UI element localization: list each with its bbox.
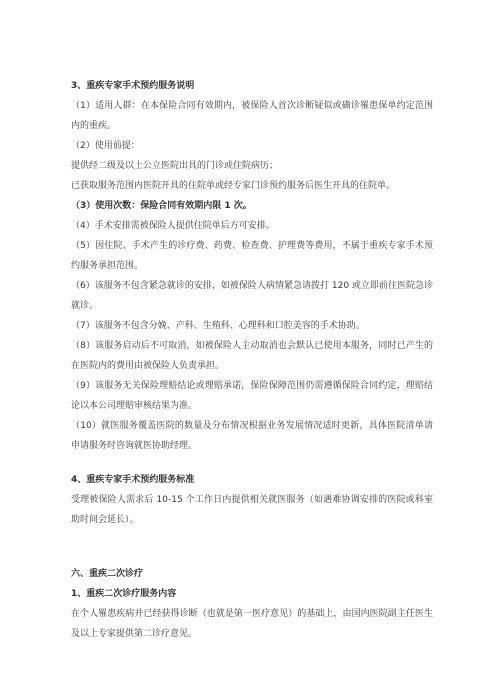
paragraph-line: （5）因住院、手术产生的诊疗费、药费、检查费、护理费等费用，不属于重疾专家手术预 — [71, 236, 433, 256]
paragraph-line: 就诊。 — [71, 296, 433, 316]
paragraph-line: （6）该服务不包含紧急就诊的安排，如被保险人病情紧急请拨打 120 或立即前往医… — [71, 276, 433, 296]
paragraph-line: 助时间会延长）。 — [71, 510, 433, 530]
paragraph-line: （9）该服务无关保险理赔结论或理赔承诺，保险保障范围仍需遵循保险合同约定，理赔结 — [71, 376, 433, 396]
section-heading-second-opinion-content: 1、重疾二次诊疗服务内容 — [71, 584, 433, 604]
section-heading-surgery-booking-standard: 4、重疾专家手术预约服务标准 — [71, 470, 433, 490]
paragraph-line: 受理被保险人需求后 10-15 个工作日内提供相关就医服务（如遇难协调安排的医院… — [71, 490, 433, 510]
paragraph-line: 内的重疾。 — [71, 116, 433, 136]
paragraph-line: （7）该服务不包含分娩、产科、生殖科、心理科和口腔美容的手术协助。 — [71, 316, 433, 336]
section-heading-surgery-booking-desc: 3、重疾专家手术预约服务说明 — [71, 76, 433, 96]
paragraph-line: 提供经二级及以上公立医院出具的门诊或住院病历； — [71, 156, 433, 176]
paragraph-line: 在个人罹患疾病并已经获得诊断（也就是第一医疗意见）的基础上，由国内医院副主任医生 — [71, 604, 433, 624]
paragraph-line: （2）使用前提： — [71, 136, 433, 156]
paragraph-line: （10）就医服务覆盖医院的数量及分布情况根据业务发展情况适时更新，具体医院清单请… — [71, 416, 433, 436]
paragraph-line: 申请服务时咨询就医协助经理。 — [71, 436, 433, 456]
paragraph-line: 论以本公司理赔审核结果为准。 — [71, 396, 433, 416]
paragraph-line: （8）该服务启动后不可取消，如被保险人主动取消也会默认已使用本服务，同时已产生的 — [71, 336, 433, 356]
paragraph-line: 已获取服务范围内医院开具的住院单或经专家门诊预约服务后医生开具的住院单。 — [71, 176, 433, 196]
paragraph-line-usage-count: （3）使用次数：保险合同有效期内限 1 次。 — [71, 196, 433, 216]
document-page: { "page": { "background": "#ffffff", "te… — [0, 0, 495, 700]
paragraph-line: 在医院内的费用由被保险人负责承担。 — [71, 356, 433, 376]
paragraph-line: 及以上专家提供第二诊疗意见。 — [71, 624, 433, 644]
paragraph-line: 约服务承担范围。 — [71, 256, 433, 276]
paragraph-line: （4）手术安排需被保险人提供住院单后方可安排。 — [71, 216, 433, 236]
paragraph-line: （1）适用人群：在本保险合同有效期内，被保险人首次诊断疑似或确诊罹患保单约定范围 — [71, 96, 433, 116]
document-body: 3、重疾专家手术预约服务说明 （1）适用人群：在本保险合同有效期内，被保险人首次… — [71, 76, 433, 644]
section-heading-second-opinion: 六、重疾二次诊疗 — [71, 564, 433, 584]
